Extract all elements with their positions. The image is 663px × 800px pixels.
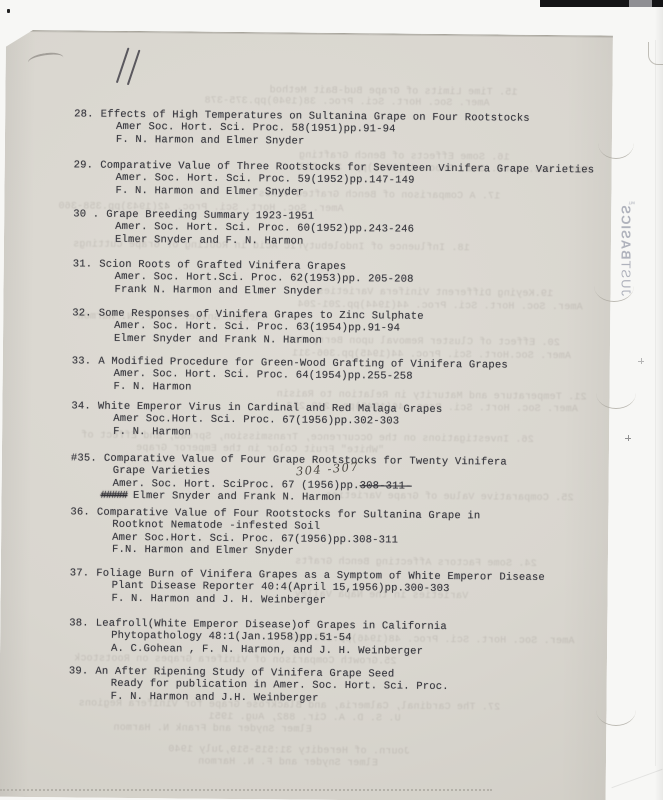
- bib-entry: 39.An After Ripening Study of Vinifera G…: [69, 665, 609, 707]
- brand-trademark-symbol: ™: [628, 196, 635, 204]
- overstruck-characters: #####: [100, 490, 127, 502]
- bleedthrough-layer: 15. Time Limits of Grape Bud-Bait Method…: [6, 31, 613, 37]
- scanned-document: 15. Time Limits of Grape Bud-Bait Method…: [0, 0, 663, 800]
- entry-authors: Elmer Snyder and Frank N. Harmon: [114, 332, 322, 346]
- entry-authors: F. N. Harmon and J.H. Weinberger: [111, 690, 319, 704]
- bibliography: 28.Effects of High Temperatures on Sulta…: [6, 31, 613, 37]
- bib-entry: #35.Comparative Value of Four Grape Root…: [70, 452, 610, 506]
- handwritten-page-numbers: 304 -307: [295, 461, 359, 478]
- bib-entry: 37.Foliage Burn of Vinifera Grapes as a …: [69, 567, 609, 609]
- entry-authors: Frank N. Harmon and Elmer Snyder: [114, 283, 322, 297]
- entry-title-continuation: Grape Varieties: [113, 465, 211, 478]
- pen-slash-mark-2: [127, 50, 141, 86]
- scan-speck: [7, 9, 10, 13]
- entry-authors: Elmer Snyder and F. N. Harmon: [115, 233, 304, 247]
- bleedthrough-line: Amer. Soc. Hort. Sci. Proc. 38(1940)pp.3…: [204, 96, 489, 110]
- entry-authors: F. N. Harmon: [114, 380, 192, 393]
- scan-right-shading: [655, 0, 663, 800]
- scanned-page: 15. Time Limits of Grape Bud-Bait Method…: [0, 30, 613, 800]
- entry-number: 37.: [70, 567, 90, 579]
- entry-number: 33.: [72, 355, 92, 367]
- bib-entry: 31.Scion Roots of Grafted Vinifera Grape…: [72, 258, 612, 300]
- entry-number: 31.: [73, 258, 93, 270]
- entry-number: #35.: [71, 452, 97, 464]
- entry-number: 34.: [71, 400, 91, 412]
- bib-entry: 32.Some Responses of Vinifera Grapes to …: [72, 307, 612, 349]
- edge-brand-text: JUSTBASICS™: [619, 196, 635, 296]
- entry-authors: A. C.Gohean , F. N. Harmon, and J. H. We…: [111, 642, 423, 657]
- margin-plus-mark-2: [638, 358, 644, 364]
- entry-number: 38.: [69, 617, 89, 629]
- scan-edge-gray-segment: [629, 0, 652, 7]
- brand-text-basics: BASICS: [619, 204, 634, 259]
- entry-authors: F. N. Harmon and Elmer Snyder: [116, 133, 305, 147]
- margin-plus-mark-1: [625, 435, 631, 441]
- entry-authors: Elmer Snyder and Frank N. Harmon: [133, 490, 341, 504]
- bib-entry: 33.A Modified Procedure for Green-Wood G…: [72, 355, 612, 397]
- entry-number: 29.: [74, 159, 94, 171]
- bib-entry: 38.Leafroll(White Emperor Disease)of Gra…: [69, 617, 609, 659]
- entry-number: 28.: [74, 108, 94, 120]
- entry-number: 32.: [72, 307, 92, 319]
- entry-authors: F. N. Harmon and J. H. Weinberger: [111, 592, 326, 606]
- bleedthrough-line: Journ. of Heredity 31:515-519,July 1940: [168, 744, 410, 757]
- scan-bottom-perforation: [0, 789, 492, 791]
- bleedthrough-line: Elmer Snyder and F. N. Harmon: [198, 757, 378, 770]
- bib-entry: 36.Comparative Value of Four Rootstocks …: [70, 506, 610, 560]
- bleedthrough-line: U. S. D. A. Cir. 882, Aug. 1951: [208, 712, 400, 725]
- bib-entry: 28.Effects of High Temperatures on Sulta…: [74, 108, 614, 150]
- entry-authors: F. N. Harmon and Elmer Snyder: [115, 184, 304, 198]
- entry-number: 30 .: [73, 208, 99, 220]
- pencil-squiggle: [27, 51, 65, 70]
- bib-entry: 30 .Grape Breeding Summary 1923-1951Amer…: [73, 208, 613, 250]
- bib-entry: 34.White Emperor Virus in Cardinal and R…: [71, 400, 611, 442]
- entry-authors: F.N. Harmon and Elmer Snyder: [112, 544, 294, 558]
- brand-text-just: JUST: [619, 260, 634, 297]
- struck-page-numbers: 308-311-: [360, 480, 412, 492]
- entry-authors: F. N. Harmon: [113, 425, 191, 438]
- entry-number: 36.: [70, 506, 90, 518]
- bleedthrough-line: Elmer Snyder and Frank N. Harmon: [113, 723, 312, 736]
- entry-number: 39.: [69, 665, 89, 677]
- bib-entry: 29.Comparative Value of Three Rootstocks…: [73, 159, 613, 201]
